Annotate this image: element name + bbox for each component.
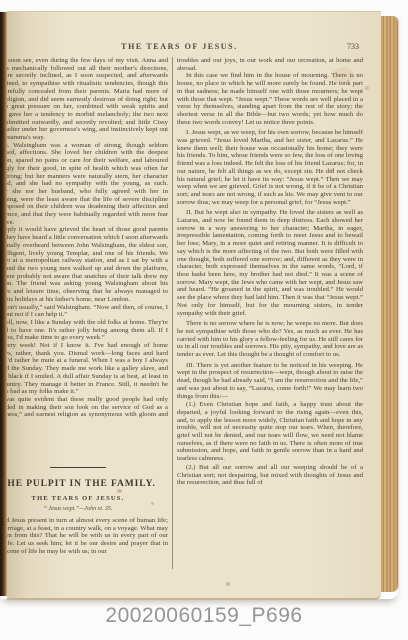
column-divider-rule: [172, 57, 173, 569]
running-head: THE TEARS OF JESUS.: [7, 42, 352, 51]
paragraph: I. Jesus wept, as we weep, for his own s…: [177, 129, 363, 206]
foxing-spot: [245, 341, 248, 344]
scanned-book-photo: THE TEARS OF JESUS. 733 should soon see,…: [0, 0, 408, 640]
section-divider-rule: [50, 467, 106, 468]
paragraph: “Every week! Not if I know it. I've had …: [7, 342, 168, 396]
foxing-spot: [151, 502, 154, 505]
paragraph: We find Jesus present in turn at almost …: [7, 517, 168, 556]
section-text: We find Jesus present in turn at almost …: [7, 517, 168, 556]
paragraph: Deeply it would have grieved the heart o…: [7, 226, 168, 303]
section-subheading: THE TEARS OF JESUS.: [7, 495, 168, 502]
scripture-citation: “ Jesus wept.”—John xi. 35.: [7, 506, 168, 512]
paragraph: should soon see, even during the few day…: [7, 57, 168, 142]
foxing-spot: [226, 582, 230, 586]
book-page: THE TEARS OF JESUS. 733 should soon see,…: [7, 11, 381, 600]
paragraph: (2.) But all our sorrow and all our weep…: [177, 464, 363, 487]
paragraph: “I don't usually,” said Walsingham. “Now…: [7, 304, 168, 319]
left-column: should soon see, even during the few day…: [7, 57, 168, 571]
text-block: should soon see, even during the few day…: [7, 57, 381, 573]
foxing-stain: [332, 67, 354, 83]
photo-id-label: 20020060159_P696: [0, 604, 408, 628]
right-column: troubles and our joys, in our work and o…: [177, 57, 363, 571]
paragraph: “Well, now, I like a Sunday with the old…: [7, 319, 168, 342]
foxing-spot: [117, 489, 122, 493]
page-stack-edge: [381, 16, 399, 592]
book: THE TEARS OF JESUS. 733 should soon see,…: [0, 11, 398, 599]
foxing-spot: [365, 86, 369, 90]
paragraph: III. There is yet another feature to be …: [177, 362, 363, 401]
paragraph: It was quite evident that these really g…: [7, 396, 168, 427]
paragraph: (1.) Even Christian hope and faith, a ha…: [177, 401, 363, 463]
paragraph: II. But he wept also in sympathy. He lov…: [177, 209, 363, 317]
foxing-spot: [331, 168, 334, 171]
paragraph: There is no sorrow where he is now; he w…: [177, 320, 363, 359]
section-heading: THE PULPIT IN THE FAMILY.: [7, 479, 168, 489]
left-column-text: should soon see, even during the few day…: [7, 57, 168, 458]
paragraph: Mrs. Walsingham was a woman of strong, t…: [7, 142, 168, 227]
page-number: 733: [337, 42, 369, 51]
